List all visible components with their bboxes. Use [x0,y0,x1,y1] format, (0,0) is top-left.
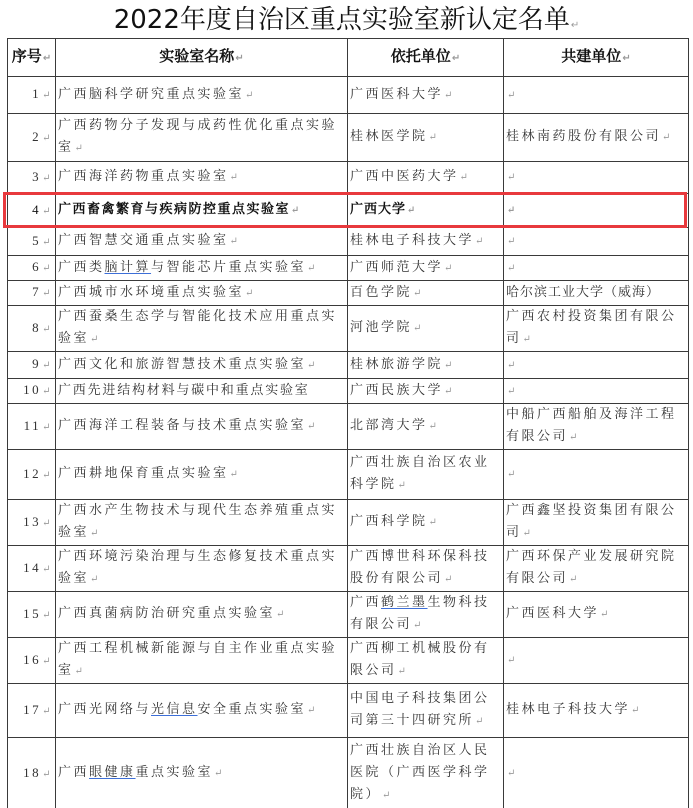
table-row: 5↵ 广西智慧交通重点实验室↵ 桂林电子科技大学↵ ↵ [8,228,689,256]
cell-host-unit: 河池学院↵ [348,306,504,352]
cell-lab-name: 广西药物分子发现与成药性优化重点实验室↵ [56,114,348,162]
cell-seq: 10↵ [8,379,56,404]
paragraph-mark-icon: ↵ [245,90,256,101]
paragraph-mark-icon: ↵ [569,574,580,585]
table-row: 1↵ 广西脑科学研究重点实验室↵ 广西医科大学↵ ↵ [8,77,689,114]
cell-seq: 4↵ [8,194,56,228]
paragraph-mark-icon: ↵ [507,263,518,274]
co-builder-text: 桂林电子科技大学 [506,702,630,717]
paragraph-mark-icon: ↵ [662,132,673,143]
table-row-highlighted: 4↵ 广西畜禽繁育与疾病防控重点实验室↵ 广西大学↵ ↵ [8,194,689,228]
paragraph-mark-icon: ↵ [42,769,53,780]
cell-host-unit: 广西大学↵ [348,194,504,228]
co-builder-text: 广西医科大学 [506,606,599,621]
co-builder-text: 广西环保产业发展研究院有限公司 [506,549,677,586]
paragraph-mark-icon: ↵ [475,236,486,247]
cell-lab-name: 广西环境污染治理与生态修复技术重点实验室↵ [56,546,348,592]
seq-text: 15 [23,606,41,621]
paragraph-mark-icon: ↵ [475,716,486,727]
host-unit-text: 广西大学 [350,202,406,217]
seq-text: 16 [23,652,41,667]
paragraph-mark-icon: ↵ [42,386,53,397]
paragraph-mark-icon: ↵ [90,528,101,539]
cell-seq: 9↵ [8,352,56,379]
paragraph-mark-icon: ↵ [507,469,518,480]
seq-text: 1 [32,86,41,101]
cell-lab-name: 广西蚕桑生态学与智能化技术应用重点实验室↵ [56,306,348,352]
lab-name-text: 广西城市水环境重点实验室 [58,285,244,300]
table-row: 3↵ 广西海洋药物重点实验室↵ 广西中医药大学↵ ↵ [8,162,689,194]
lab-name-text: 与智能芯片重点实验室 [151,260,306,275]
paragraph-mark-icon: ↵ [600,609,611,620]
cell-seq: 16↵ [8,638,56,684]
paragraph-mark-icon: ↵ [429,517,440,528]
table-row: 8↵ 广西蚕桑生态学与智能化技术应用重点实验室↵ 河池学院↵ 广西农村投资集团有… [8,306,689,352]
cell-lab-name: 广西海洋工程装备与技术重点实验室↵ [56,404,348,450]
cell-seq: 13↵ [8,500,56,546]
paragraph-mark-icon: ↵ [291,205,301,216]
lab-name-text: 广西耕地保育重点实验室 [58,466,229,481]
paragraph-mark-icon: ↵ [42,237,53,248]
lab-name-text: 广西脑科学研究重点实验室 [58,87,244,102]
paragraph-mark-icon: ↵ [42,90,53,101]
paragraph-mark-icon: ↵ [75,143,86,154]
cell-co-builder: 哈尔滨工业大学（威海） [504,281,689,306]
cell-seq: 1↵ [8,77,56,114]
paragraph-mark-icon: ↵ [622,53,630,64]
spellcheck-marked-text: 光信息 [151,702,198,717]
paragraph-mark-icon: ↵ [444,90,455,101]
host-unit-text: 广西民族大学 [350,383,443,398]
cell-co-builder: ↵ [504,162,689,194]
seq-text: 2 [32,129,41,144]
cell-seq: 18↵ [8,738,56,808]
table-row: 16↵ 广西工程机械新能源与自主作业重点实验室↵ 广西柳工机械股份有限公司↵ ↵ [8,638,689,684]
header-seq-text: 序号 [12,47,42,65]
cell-host-unit: 百色学院↵ [348,281,504,306]
paragraph-mark-icon: ↵ [460,172,471,183]
cell-host-unit: 广西壮族自治区人民医院（广西医学科学院）↵ [348,738,504,808]
document-title-text: 2022年度自治区重点实验室新认定名单 [114,5,570,35]
paragraph-mark-icon: ↵ [307,705,318,716]
cell-lab-name: 广西文化和旅游智慧技术重点实验室↵ [56,352,348,379]
host-unit-text: 广西医科大学 [350,87,443,102]
table-row: 14↵ 广西环境污染治理与生态修复技术重点实验室↵ 广西博世科环保科技股份有限公… [8,546,689,592]
table-row: 11↵ 广西海洋工程装备与技术重点实验室↵ 北部湾大学↵ 中船广西船舶及海洋工程… [8,404,689,450]
lab-name-text: 广西海洋药物重点实验室 [58,169,229,184]
lab-name-text: 广西文化和旅游智慧技术重点实验室 [58,357,306,372]
host-unit-text: 广西师范大学 [350,260,443,275]
paragraph-mark-icon: ↵ [444,386,455,397]
paragraph-mark-icon: ↵ [407,205,416,216]
cell-co-builder: ↵ [504,638,689,684]
paragraph-mark-icon: ↵ [523,334,534,345]
seq-text: 9 [32,356,41,371]
cell-host-unit: 北部湾大学↵ [348,404,504,450]
cell-host-unit: 广西科学院↵ [348,500,504,546]
seq-text: 8 [32,320,41,335]
cell-lab-name: 广西眼健康重点实验室↵ [56,738,348,808]
cell-co-builder: 中船广西船舶及海洋工程有限公司↵ [504,404,689,450]
cell-host-unit: 桂林医学院↵ [348,114,504,162]
cell-seq: 3↵ [8,162,56,194]
cell-co-builder: ↵ [504,379,689,404]
table-row: 2↵ 广西药物分子发现与成药性优化重点实验室↵ 桂林医学院↵ 桂林南药股份有限公… [8,114,689,162]
host-unit-text: 河池学院 [350,320,412,335]
paragraph-mark-icon: ↵ [43,53,51,64]
paragraph-mark-icon: ↵ [444,574,455,585]
paragraph-mark-icon: ↵ [571,20,579,31]
cell-host-unit: 中国电子科技集团公司第三十四研究所↵ [348,684,504,738]
paragraph-mark-icon: ↵ [75,666,86,677]
table-row: 10↵ 广西先进结构材料与碳中和重点实验室 广西民族大学↵ ↵ [8,379,689,404]
cell-co-builder: ↵ [504,256,689,281]
cell-co-builder: ↵ [504,352,689,379]
host-unit-text: 广西壮族自治区人民医院（广西医学科学院） [350,743,490,802]
cell-co-builder: 广西鑫坚投资集团有限公司↵ [504,500,689,546]
cell-lab-name: 广西耕地保育重点实验室↵ [56,450,348,500]
paragraph-mark-icon: ↵ [230,172,241,183]
paragraph-mark-icon: ↵ [307,421,318,432]
cell-seq: 6↵ [8,256,56,281]
cell-seq: 12↵ [8,450,56,500]
paragraph-mark-icon: ↵ [631,705,642,716]
host-unit-text: 桂林电子科技大学 [350,233,474,248]
paragraph-mark-icon: ↵ [235,53,243,64]
lab-name-text: 广西畜禽繁育与疾病防控重点实验室 [58,202,290,217]
cell-lab-name: 广西工程机械新能源与自主作业重点实验室↵ [56,638,348,684]
cell-host-unit: 广西医科大学↵ [348,77,504,114]
table-row: 12↵ 广西耕地保育重点实验室↵ 广西壮族自治区农业科学院↵ ↵ [8,450,689,500]
cell-co-builder: 广西农村投资集团有限公司↵ [504,306,689,352]
cell-co-builder: ↵ [504,77,689,114]
paragraph-mark-icon: ↵ [42,706,53,717]
paragraph-mark-icon: ↵ [569,432,580,443]
host-unit-text: 广西柳工机械股份有限公司 [350,641,490,678]
seq-text: 5 [32,233,41,248]
seq-text: 10 [23,382,41,397]
table-row: 13↵ 广西水产生物技术与现代生态养殖重点实验室↵ 广西科学院↵ 广西鑫坚投资集… [8,500,689,546]
host-unit-text: 广西 [350,595,381,610]
cell-host-unit: 桂林电子科技大学↵ [348,228,504,256]
cell-lab-name: 广西城市水环境重点实验室↵ [56,281,348,306]
seq-text: 6 [32,259,41,274]
seq-text: 13 [23,514,41,529]
lab-name-text: 安全重点实验室 [198,702,307,717]
seq-text: 17 [23,702,41,717]
paragraph-mark-icon: ↵ [42,656,53,667]
paragraph-mark-icon: ↵ [42,173,53,184]
paragraph-mark-icon: ↵ [307,360,318,371]
cell-co-builder: 桂林南药股份有限公司↵ [504,114,689,162]
spellcheck-marked-text: 脑计算 [105,260,152,275]
paragraph-mark-icon: ↵ [307,263,318,274]
host-unit-text: 广西科学院 [350,514,428,529]
cell-seq: 17↵ [8,684,56,738]
host-unit-text: 桂林旅游学院 [350,357,443,372]
cell-lab-name: 广西光网络与光信息安全重点实验室↵ [56,684,348,738]
table-row: 17↵ 广西光网络与光信息安全重点实验室↵ 中国电子科技集团公司第三十四研究所↵… [8,684,689,738]
paragraph-mark-icon: ↵ [42,564,53,575]
paragraph-mark-icon: ↵ [398,480,409,491]
cell-lab-name: 广西智慧交通重点实验室↵ [56,228,348,256]
table-row: 6↵ 广西类脑计算与智能芯片重点实验室↵ 广西师范大学↵ ↵ [8,256,689,281]
header-host-unit-text: 依托单位 [391,47,451,65]
paragraph-mark-icon: ↵ [398,666,409,677]
paragraph-mark-icon: ↵ [507,172,518,183]
cell-co-builder: ↵ [504,738,689,808]
seq-text: 18 [23,765,41,780]
lab-name-text: 广西类 [58,260,105,275]
paragraph-mark-icon: ↵ [413,288,424,299]
header-seq: 序号↵ [8,39,56,77]
paragraph-mark-icon: ↵ [507,386,518,397]
cell-host-unit: 广西壮族自治区农业科学院↵ [348,450,504,500]
co-builder-text: 中船广西船舶及海洋工程有限公司 [506,407,677,444]
seq-text: 4 [32,202,41,217]
table-row: 9↵ 广西文化和旅游智慧技术重点实验室↵ 桂林旅游学院↵ ↵ [8,352,689,379]
seq-text: 7 [32,284,41,299]
co-builder-text: 桂林南药股份有限公司 [506,129,661,144]
paragraph-mark-icon: ↵ [382,790,393,801]
lab-name-text: 广西智慧交通重点实验室 [58,233,229,248]
paragraph-mark-icon: ↵ [42,206,53,217]
cell-host-unit: 广西鹤兰墨生物科技有限公司↵ [348,592,504,638]
paragraph-mark-icon: ↵ [507,655,518,666]
cell-co-builder: ↵ [504,450,689,500]
cell-co-builder: 广西医科大学↵ [504,592,689,638]
paragraph-mark-icon: ↵ [245,288,256,299]
cell-lab-name: 广西真菌病防治研究重点实验室↵ [56,592,348,638]
paragraph-mark-icon: ↵ [90,334,101,345]
cell-lab-name: 广西脑科学研究重点实验室↵ [56,77,348,114]
header-lab-name-text: 实验室名称 [159,47,234,65]
cell-co-builder: 广西环保产业发展研究院有限公司↵ [504,546,689,592]
paragraph-mark-icon: ↵ [214,768,225,779]
spellcheck-marked-text: 鹤兰墨 [381,595,428,610]
lab-name-text: 广西海洋工程装备与技术重点实验室 [58,418,306,433]
lab-list-table: 序号↵ 实验室名称↵ 依托单位↵ 共建单位↵ 1↵ 广西脑科学研究重点实验室↵ … [7,38,689,808]
cell-seq: 2↵ [8,114,56,162]
paragraph-mark-icon: ↵ [42,263,53,274]
paragraph-mark-icon: ↵ [276,609,287,620]
lab-name-text: 广西 [58,765,89,780]
cell-host-unit: 广西博世科环保科技股份有限公司↵ [348,546,504,592]
lab-name-text: 广西药物分子发现与成药性优化重点实验室 [58,118,337,155]
paragraph-mark-icon: ↵ [413,323,424,334]
paragraph-mark-icon: ↵ [444,263,455,274]
cell-seq: 11↵ [8,404,56,450]
host-unit-text: 广西壮族自治区农业科学院 [350,455,490,492]
header-co-builder-text: 共建单位 [561,47,621,65]
paragraph-mark-icon: ↵ [42,324,53,335]
host-unit-text: 桂林医学院 [350,129,428,144]
cell-lab-name: 广西先进结构材料与碳中和重点实验室 [56,379,348,404]
paragraph-mark-icon: ↵ [507,90,518,101]
host-unit-text: 广西中医药大学 [350,169,459,184]
cell-lab-name: 广西类脑计算与智能芯片重点实验室↵ [56,256,348,281]
table-row: 18↵ 广西眼健康重点实验室↵ 广西壮族自治区人民医院（广西医学科学院）↵ ↵ [8,738,689,808]
host-unit-text: 百色学院 [350,285,412,300]
paragraph-mark-icon: ↵ [429,421,440,432]
cell-seq: 5↵ [8,228,56,256]
lab-name-text: 重点实验室 [136,765,214,780]
cell-lab-name: 广西海洋药物重点实验室↵ [56,162,348,194]
seq-text: 11 [24,418,42,433]
cell-co-builder: ↵ [504,228,689,256]
cell-seq: 14↵ [8,546,56,592]
cell-seq: 7↵ [8,281,56,306]
header-host-unit: 依托单位↵ [348,39,504,77]
host-unit-text: 广西博世科环保科技股份有限公司 [350,549,490,586]
cell-host-unit: 广西中医药大学↵ [348,162,504,194]
paragraph-mark-icon: ↵ [42,360,53,371]
cell-host-unit: 广西民族大学↵ [348,379,504,404]
co-builder-text: 哈尔滨工业大学（威海） [506,285,660,300]
paragraph-mark-icon: ↵ [507,205,518,216]
paragraph-mark-icon: ↵ [507,360,518,371]
paragraph-mark-icon: ↵ [42,422,53,433]
paragraph-mark-icon: ↵ [42,518,53,529]
host-unit-text: 北部湾大学 [350,418,428,433]
lab-name-text: 广西光网络与 [58,702,151,717]
paragraph-mark-icon: ↵ [507,768,518,779]
seq-text: 3 [32,169,41,184]
paragraph-mark-icon: ↵ [523,528,534,539]
cell-co-builder: ↵ [504,194,689,228]
paragraph-mark-icon: ↵ [42,133,53,144]
paragraph-mark-icon: ↵ [90,574,101,585]
header-lab-name: 实验室名称↵ [56,39,348,77]
paragraph-mark-icon: ↵ [42,470,53,481]
paragraph-mark-icon: ↵ [42,288,53,299]
paragraph-mark-icon: ↵ [42,610,53,621]
paragraph-mark-icon: ↵ [413,620,424,631]
cell-host-unit: 桂林旅游学院↵ [348,352,504,379]
paragraph-mark-icon: ↵ [230,469,241,480]
table-row: 7↵ 广西城市水环境重点实验室↵ 百色学院↵ 哈尔滨工业大学（威海） [8,281,689,306]
cell-seq: 8↵ [8,306,56,352]
paragraph-mark-icon: ↵ [230,236,241,247]
paragraph-mark-icon: ↵ [429,132,440,143]
seq-text: 12 [23,466,41,481]
host-unit-text: 中国电子科技集团公司第三十四研究所 [350,691,490,728]
spellcheck-marked-text: 眼健康 [89,765,136,780]
seq-text: 14 [23,560,41,575]
cell-lab-name: 广西畜禽繁育与疾病防控重点实验室↵ [56,194,348,228]
cell-co-builder: 桂林电子科技大学↵ [504,684,689,738]
table-row: 15↵ 广西真菌病防治研究重点实验室↵ 广西鹤兰墨生物科技有限公司↵ 广西医科大… [8,592,689,638]
document-title: 2022年度自治区重点实验室新认定名单↵ [0,2,693,38]
cell-seq: 15↵ [8,592,56,638]
paragraph-mark-icon: ↵ [507,236,518,247]
header-co-builder: 共建单位↵ [504,39,689,77]
cell-host-unit: 广西师范大学↵ [348,256,504,281]
paragraph-mark-icon: ↵ [444,360,455,371]
lab-name-text: 广西先进结构材料与碳中和重点实验室 [58,383,310,398]
table-header-row: 序号↵ 实验室名称↵ 依托单位↵ 共建单位↵ [8,39,689,77]
cell-host-unit: 广西柳工机械股份有限公司↵ [348,638,504,684]
cell-lab-name: 广西水产生物技术与现代生态养殖重点实验室↵ [56,500,348,546]
paragraph-mark-icon: ↵ [452,53,460,64]
lab-name-text: 广西真菌病防治研究重点实验室 [58,606,275,621]
lab-name-text: 广西工程机械新能源与自主作业重点实验室 [58,641,337,678]
